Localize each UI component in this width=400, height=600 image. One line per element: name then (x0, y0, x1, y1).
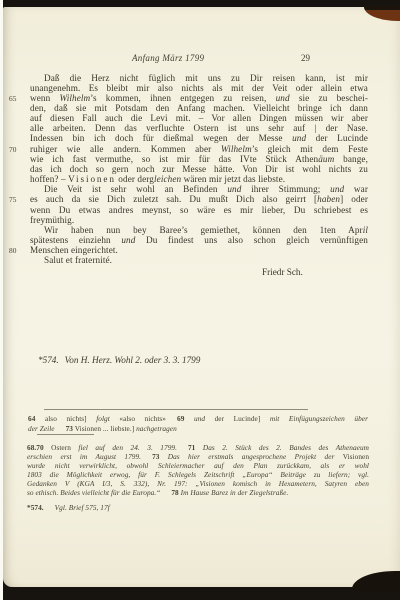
text-segment: Von H. Herz. Wohl 2. oder 3. 3. 1799 (65, 355, 201, 365)
text-segment: das ich doch so gern noch zur Messe hätt… (30, 164, 368, 174)
text-segment: folgt (96, 414, 110, 423)
text-segment: der Lucinde] (205, 414, 270, 423)
text-line: auf diesen Fall auch die Levi mit. – Vor… (30, 113, 368, 123)
text-segment: und (330, 184, 344, 194)
text-segment: Du findest uns also schon gleich vernünf… (135, 235, 368, 245)
text-line: das ich doch so gern noch zur Messe hätt… (30, 164, 368, 174)
text-segment: Salut et fraternité. (44, 255, 112, 265)
text-line: spätestens einziehn und Du findest uns a… (30, 235, 368, 245)
text-segment: fiel auf den 24. 3. 1799. (78, 443, 177, 452)
text-segment: unangenehm. Es bleibt mir also nichts al… (30, 83, 368, 93)
text-segment: hoffen? – (30, 174, 68, 184)
text-segment: Wilhelm (221, 144, 252, 154)
text-line: es auch da sie Dich zuletzt sah. Du mußt… (30, 194, 368, 204)
text-segment: wurde nicht verwirklicht, obwohl Schleie… (27, 461, 369, 470)
text-segment: und (184, 414, 205, 423)
text-line: ruhiger wie alle andern. Kommen aber Wil… (30, 144, 368, 154)
text-segment: bange, (334, 154, 368, 164)
text-segment: wie ich fast vermuthe, so ist mir für da… (30, 154, 318, 164)
apparatus-line: Gedanken V (KGA I/3, S. 332), Nr. 197: „… (27, 479, 369, 488)
margin-line-number: 80 (9, 246, 16, 255)
text-line: Salut et fraternité. (30, 255, 368, 265)
text-segment: «also nichts» (110, 414, 166, 423)
running-head: Anfang März 1799 (132, 53, 204, 63)
text-segment: ] oder (340, 194, 368, 204)
text-line: wenn Wilhelm’s kommen, ihnen entgegen zu… (30, 93, 368, 103)
text-line: wie ich fast vermuthe, so ist mir für da… (30, 154, 368, 164)
apparatus-commentary: 68.70 Ostern fiel auf den 24. 3. 1799.71… (27, 443, 369, 498)
text-line: freymüthig. (30, 215, 368, 225)
text-segment: ihrer Stimmung; (241, 184, 330, 194)
text-segment: so ethisch. Beides vielleicht für die Eu… (27, 488, 160, 497)
text-segment: mit Einfügungszeichen über (270, 414, 368, 423)
text-segment: es auch da sie Dich zuletzt sah. Du mußt… (30, 194, 317, 204)
text-segment: den, daß sie mit Potsdam den Anfang mach… (30, 103, 368, 113)
apparatus-separator-rule (44, 409, 308, 410)
text-segment: erschien erst im August 1799. (27, 452, 141, 461)
text-segment: Indessen bin ich doch für dießmal wegen … (30, 133, 292, 143)
text-segment: und (121, 235, 135, 245)
text-segment: war (344, 184, 368, 194)
text-segment: Das hier erstmals angesprochene Projekt … (159, 452, 342, 461)
letter-body: Daß die Herz nicht füglich mit uns zu Di… (30, 73, 368, 266)
margin-line-number: 70 (9, 145, 16, 154)
text-segment: Vgl. Brief 575, 17f (55, 503, 110, 512)
apparatus-line: wurde nicht verwirklicht, obwohl Schleie… (27, 461, 369, 470)
apparatus-variants: 64 also nichts] folgt «also nichts»69 un… (28, 414, 368, 435)
text-segment: Visionen (343, 452, 369, 461)
text-segment: *574. (27, 503, 44, 512)
text-segment: 73 (66, 424, 73, 433)
text-segment: wenn Du etwas andres meynst, so wäre es … (30, 205, 368, 215)
text-line: Indessen bin ich doch für dießmal wegen … (30, 133, 368, 143)
text-segment: 78 (171, 488, 178, 497)
margin-line-number: 65 (9, 94, 16, 103)
text-segment: äum (318, 154, 334, 164)
text-segment: sie zu beschei- (290, 93, 368, 103)
text-segment: 68.70 (27, 443, 44, 452)
next-letter-heading: *574.Von H. Herz. Wohl 2. oder 3. 3. 179… (38, 355, 200, 365)
text-segment: ruhiger wie alle andern. Kommen aber (30, 144, 221, 154)
text-segment: Visionen ... liebste.] (73, 424, 136, 433)
text-line: Die Veit ist sehr wohl an Befinden und i… (30, 184, 368, 194)
text-segment: der Zeile (28, 424, 55, 433)
text-line: Wir haben nun bey Baree’s gemiethet, kön… (30, 225, 368, 235)
text-segment: Wir haben nun bey Baree’s gemiethet, kön… (44, 225, 363, 235)
text-segment: nachgetragen (136, 424, 177, 433)
text-segment: der Lucinde (306, 133, 368, 143)
text-segment: Daß die Herz nicht füglich mit uns zu Di… (44, 73, 368, 83)
text-segment: also nichts] (35, 414, 96, 423)
text-line: wenn Du etwas andres meynst, so wäre es … (30, 205, 368, 215)
text-line: den, daß sie mit Potsdam den Anfang mach… (30, 103, 368, 113)
text-segment: Gedanken V (KGA I/3, S. 332), Nr. 197: „… (27, 479, 369, 488)
text-segment: leichen (154, 174, 181, 184)
text-segment: auf diesen Fall auch die Levi mit. – Vor… (30, 113, 368, 123)
text-segment: ’s gleich mit dem Feste (252, 144, 368, 154)
apparatus-line: 64 also nichts] folgt «also nichts»69 un… (28, 414, 368, 424)
letter-signature: Friedr Sch. (262, 267, 303, 277)
text-segment: wären mir jetzt das liebste. (181, 174, 285, 184)
text-segment: Ostern (44, 443, 79, 452)
text-line: hoffen? – Visionen oder dergleichen wäre… (30, 174, 368, 184)
margin-line-number: 75 (9, 195, 16, 204)
apparatus-line: so ethisch. Beides vielleicht für die Eu… (27, 488, 369, 497)
text-segment: 1803 die Möglichkeit erwog, für F. Schle… (27, 470, 369, 479)
text-segment: Visionen (68, 174, 116, 184)
text-segment: Wilhelm (59, 93, 90, 103)
text-line: alle arbeiten. Denn das verfluchte Oster… (30, 123, 368, 133)
text-segment: und (276, 93, 290, 103)
text-line: Menschen eingerichtet. (30, 245, 368, 255)
text-line: unangenehm. Es bleibt mir also nichts al… (30, 83, 368, 93)
text-segment: spätestens einziehn (30, 235, 121, 245)
text-segment: Im Hause Barez in der Ziegelstraße. (179, 488, 289, 497)
letter-reference-note: *574.Vgl. Brief 575, 17f (27, 503, 369, 512)
text-segment: freymüthig. (30, 215, 74, 225)
page-left-edge (0, 0, 3, 600)
scanned-book-photo: Anfang März 1799 29 65707580 Daß die Her… (0, 0, 400, 600)
text-segment: und (227, 184, 241, 194)
apparatus-line: 68.70 Ostern fiel auf den 24. 3. 1799.71… (27, 443, 369, 452)
text-segment: *574. (38, 355, 59, 365)
apparatus-line: erschien erst im August 1799.73 Das hier… (27, 452, 369, 461)
text-line: Daß die Herz nicht füglich mit uns zu Di… (30, 73, 368, 83)
text-segment: Das 2. Stück des 2. Bandes des Athenaeum (195, 443, 369, 452)
page-number: 29 (301, 53, 310, 63)
text-segment: ’s kommen, ihnen entgegen zu reisen, (90, 93, 275, 103)
text-segment: und (292, 133, 306, 143)
apparatus-line: 1803 die Möglichkeit erwog, für F. Schle… (27, 470, 369, 479)
text-segment: alle arbeiten. Denn das verfluchte Oster… (30, 123, 368, 133)
text-segment: Die Veit ist sehr wohl an Befinden (44, 184, 227, 194)
text-segment: il (363, 225, 368, 235)
commentary-separator-rule (37, 434, 94, 435)
text-segment: wenn (30, 93, 59, 103)
text-segment: oder derg (116, 174, 154, 184)
text-segment: haben (317, 194, 340, 204)
text-segment: Menschen eingerichtet. (30, 245, 118, 255)
